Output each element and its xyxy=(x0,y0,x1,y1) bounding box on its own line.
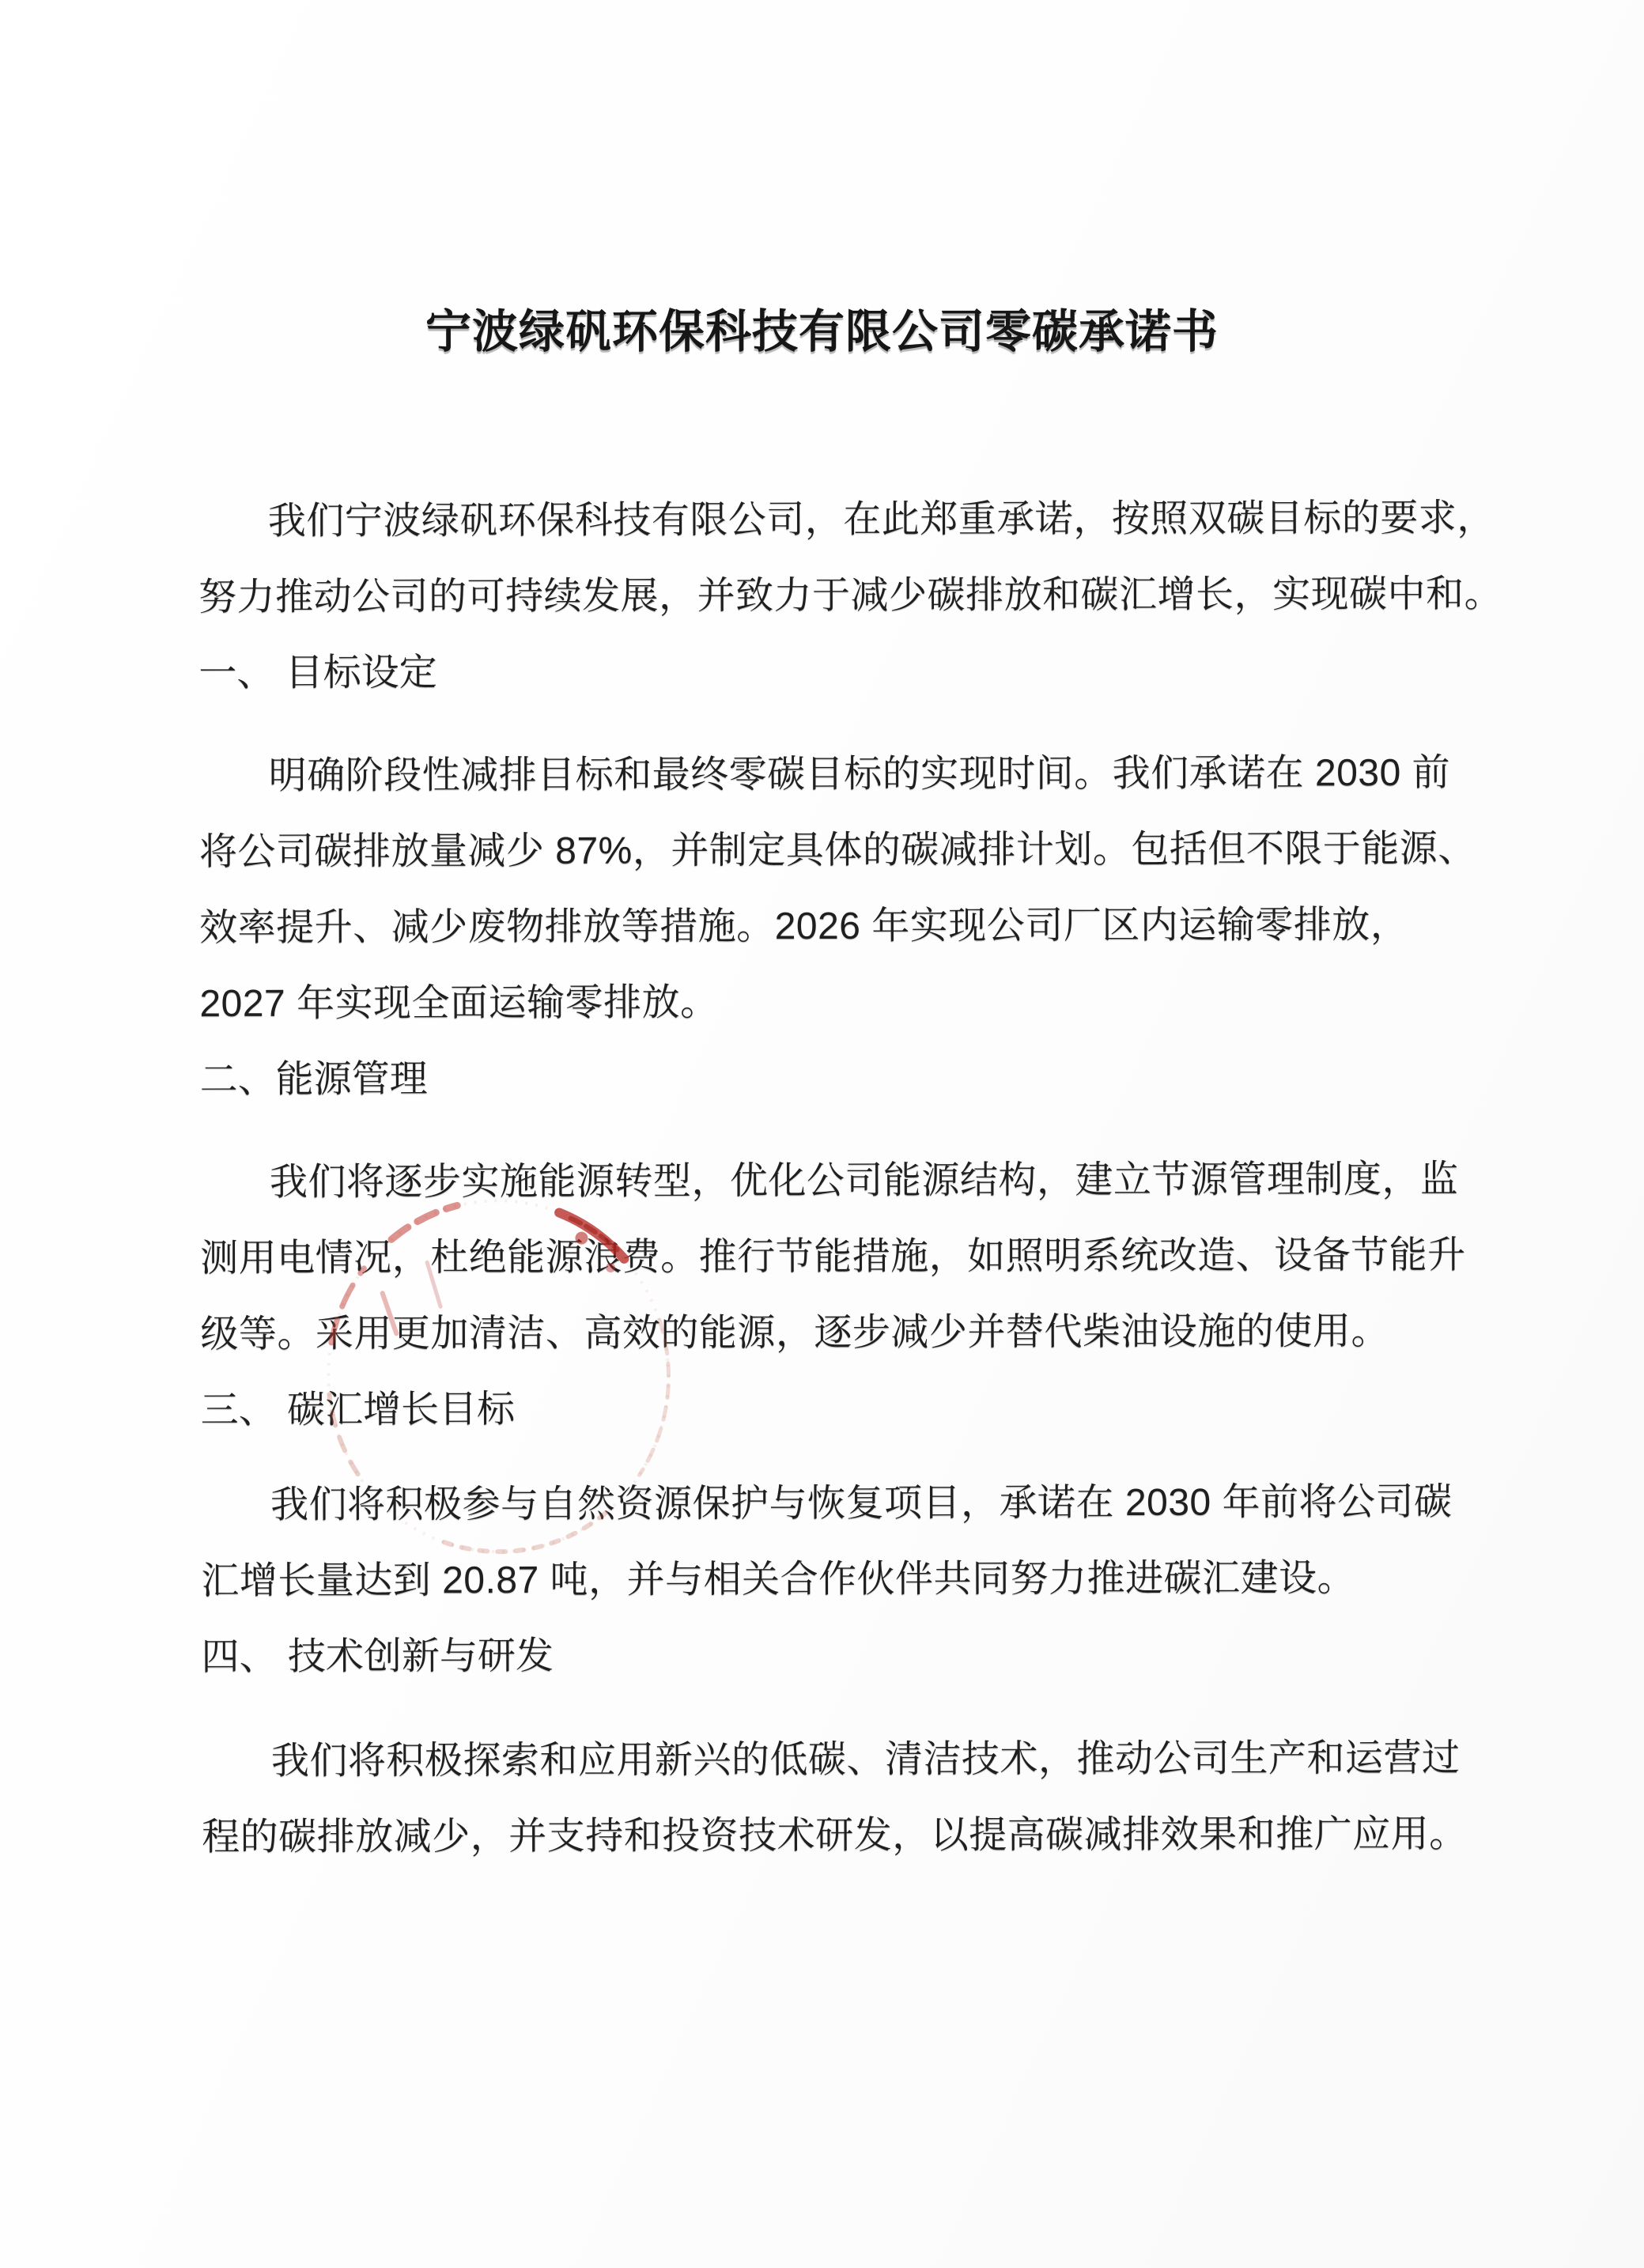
body-line: 明确阶段性减排目标和最终零碳目标的实现时间。我们承诺在 2030 前 xyxy=(199,735,1447,815)
body-line: 级等。采用更加清洁、高效的能源，逐步减少并替代柴油设施的使用。 xyxy=(200,1294,1448,1373)
document-title: 宁波绿矾环保科技有限公司零碳承诺书 xyxy=(0,0,1644,364)
section-heading-energy-management: 二、能源管理 xyxy=(200,1039,1448,1118)
body-line: 汇增长量达到 20.87 吨，并与相关合作伙伴共同努力推进碳汇建设。 xyxy=(201,1540,1449,1620)
section-heading-carbon-sink-growth: 三、 碳汇增长目标 xyxy=(201,1370,1449,1449)
section-paragraph-carbon-sink-growth: 我们将积极参与自然资源保护与恢复项目，承诺在 2030 年前将公司碳 汇增长量达… xyxy=(201,1465,1449,1620)
scanned-document-page: 宁波绿矾环保科技有限公司零碳承诺书 我们宁波绿矾环保科技有限公司，在此郑重承诺，… xyxy=(0,0,1644,2268)
section-paragraph-goal-setting: 明确阶段性减排目标和最终零碳目标的实现时间。我们承诺在 2030 前 将公司碳排… xyxy=(199,735,1448,1042)
body-line: 2027 年实现全面运输零排放。 xyxy=(199,963,1447,1042)
body-line: 测用电情况，杜绝能源浪费。推行节能措施，如照明系统改造、设备节能升 xyxy=(200,1218,1448,1297)
body-line: 程的碳排放减少，并支持和投资技术研发，以提高碳减排效果和推广应用。 xyxy=(202,1797,1449,1876)
body-line: 将公司碳排放量减少 87%，并制定具体的碳减排计划。包括但不限于能源、 xyxy=(199,811,1447,890)
document-body: 我们宁波绿矾环保科技有限公司，在此郑重承诺，按照双碳目标的要求， 努力推动公司的… xyxy=(198,481,1450,1876)
section-paragraph-energy-management: 我们将逐步实施能源转型，优化公司能源结构，建立节源管理制度，监 测用电情况，杜绝… xyxy=(200,1142,1449,1373)
intro-line: 努力推动公司的可持续发展，并致力于减少碳排放和碳汇增长，实现碳中和。 xyxy=(198,557,1446,636)
intro-line: 我们宁波绿矾环保科技有限公司，在此郑重承诺，按照双碳目标的要求， xyxy=(198,481,1446,560)
intro-paragraph: 我们宁波绿矾环保科技有限公司，在此郑重承诺，按照双碳目标的要求， 努力推动公司的… xyxy=(198,481,1446,636)
body-line: 我们将积极参与自然资源保护与恢复项目，承诺在 2030 年前将公司碳 xyxy=(201,1465,1449,1544)
section-heading-tech-innovation: 四、 技术创新与研发 xyxy=(201,1616,1449,1695)
section-heading-goal-setting: 一、 目标设定 xyxy=(198,633,1446,712)
body-line: 效率提升、减少废物排放等措施。2026 年实现公司厂区内运输零排放， xyxy=(199,887,1447,966)
body-line: 我们将逐步实施能源转型，优化公司能源结构，建立节源管理制度，监 xyxy=(200,1142,1448,1221)
section-paragraph-tech-innovation: 我们将积极探索和应用新兴的低碳、清洁技术，推动公司生产和运营过 程的碳排放减少，… xyxy=(202,1721,1449,1876)
body-line: 我们将积极探索和应用新兴的低碳、清洁技术，推动公司生产和运营过 xyxy=(202,1721,1449,1800)
